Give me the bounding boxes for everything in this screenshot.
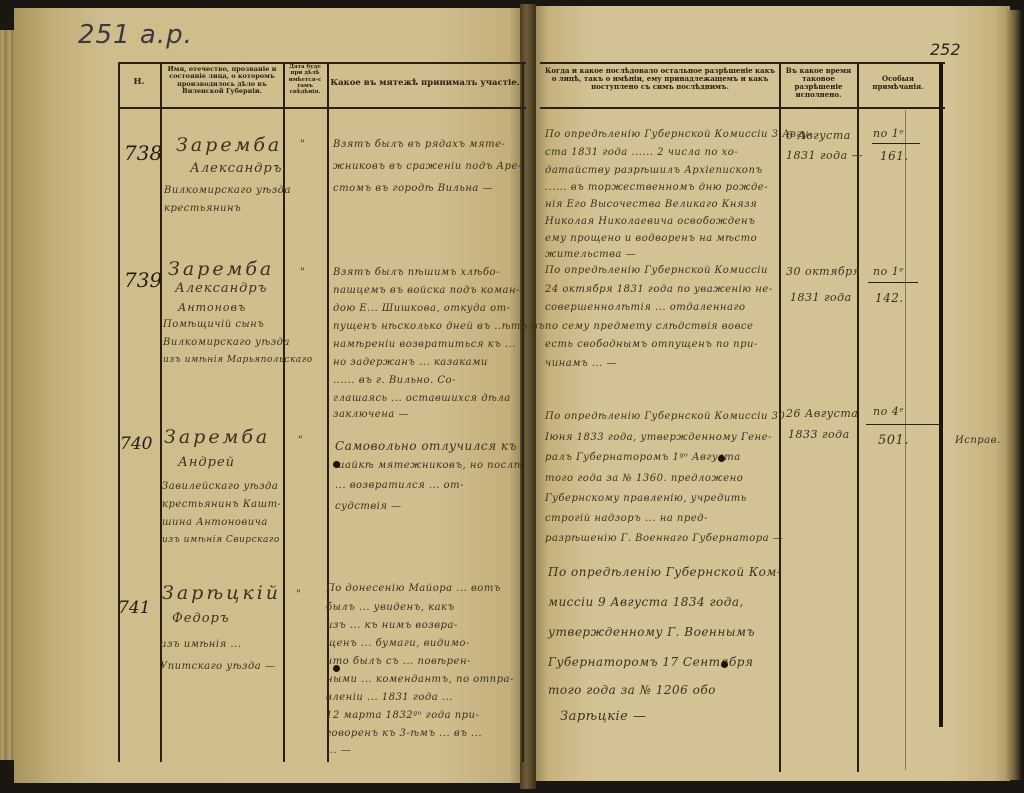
entry-number: 739 [124,270,162,290]
participation-line: изъ ... къ нимъ возвра- [326,621,458,631]
header-bottom-rule-right [540,107,945,109]
folio-number-right: 252 [930,40,961,59]
executed-date: 30 октября [786,266,860,277]
participation-line: что былъ съ ... повѣрен- [326,657,471,667]
entry-status-line: Завилейскаго уѣзда [162,482,278,492]
entry-surname: Зарембa [168,260,274,279]
participation-line: пашцемъ въ войска подъ коман- [333,286,520,296]
header-resolution: Когда и какое послѣдовало остальное разр… [542,67,778,91]
entry-surname: Заремба [176,136,282,155]
participation-line: 12 марта 1832ᵍᵒ года при- [326,711,479,721]
resolution-line: Губернскому правленію, учредить [545,494,747,504]
executed-year: 1833 года [788,429,850,440]
resolution-line: По опредѣленію Губернской Комиссіи [545,266,768,276]
resolution-line: датайству разрѣшилъ Архіепископъ [545,166,763,176]
participation-line: намѣреніи возвратиться къ ... [333,340,516,350]
participation-line: говоренъ къ 3-ѣмъ ... въ ... [326,729,482,739]
fraction-rule [868,282,918,283]
col-rule [160,62,162,762]
entry-given-name: Александръ [175,282,267,295]
resolution-line: миссіи 9 Августа 1834 года, [548,596,744,608]
resolution-line: строгій надзоръ ... на пред- [545,514,708,524]
reference-number: 161. [880,150,909,162]
resolution-line: Николая Николаевича освобожденъ [545,217,755,227]
resolution-line: нія Его Высочества Великаго Князя [545,200,757,210]
participation-line: но задержанъ ... казаками [333,358,488,368]
col-rule-thick [939,62,943,727]
resolution-line: есть свободнымъ отпущенъ по при- [545,340,758,350]
participation-line: Самовольно отлучился къ [335,440,517,452]
entry-number: 738 [124,143,162,163]
participation-line: ... возвратился ... от- [335,481,464,491]
participation-line: жниковъ въ сраженіи подъ Аре- [333,162,522,172]
resolution-line: По опредѣленію Губернской Комиссіи 3 Авг… [545,130,812,140]
resolution-line: ралъ Губернаторомъ 1ᵍᵒ Августа [545,453,741,463]
resolution-line: 24 октября 1831 года по уваженію не- [545,285,773,295]
executed-year: 1831 года [790,292,852,303]
ink-stain [721,661,728,668]
participation-line: По донесенію Майора ... вотъ [326,584,501,594]
participation-line: стомъ въ городѣ Вильна — [333,184,493,194]
entry-patronymic: Антоновъ [178,302,246,313]
header-number: Н. [120,78,158,88]
resolution-line: совершеннолѣтія ... отдаленнаго [545,303,746,313]
entry-status-line: изъ имѣнія Марьяпольскаго [163,356,313,365]
ditto-mark: " [300,268,305,278]
executed-year: 1831 года — [786,150,863,161]
participation-line: вленіи ... 1831 года ... [326,693,453,703]
participation-line: Взятъ былъ въ рядахъ мяте- [333,140,505,150]
reference-number: 501. [878,434,909,447]
entry-status-line: крестьянинъ Кашт- [162,500,281,510]
participation-line: былъ ... увиденъ, какъ [326,603,455,613]
participation-line: дою Е... Шишкова, откуда от- [333,304,510,314]
participation-line: шайкѣ мятежниковъ, но послѣ [335,461,523,471]
entry-status-line: изъ имѣнія Свирскаго [162,536,280,545]
resolution-line: по сему предмету слѣдствія вовсе [545,322,753,332]
ditto-mark: " [300,140,305,150]
header-name: Имя, отечество, прозваніе и состояніе ли… [163,66,281,96]
resolution-line: Зарѣцкіе — [560,710,646,723]
entry-status-line: изъ имѣнія ... [160,640,241,650]
page-edges-right [1004,10,1022,780]
resolution-line: ...... въ торжественномъ дню рожде- [545,183,768,193]
entry-given-name: Федоръ [172,612,230,625]
reference-book: по 1ᵉ [873,266,904,277]
entry-status-line: шина Антоновича [162,518,268,528]
participation-line: щенъ ... бумаги, видимо- [326,639,470,649]
participation-line: ными ... комендантъ, по отпра- [326,675,514,685]
header-participation: Какое въ мятежѣ принималъ участіе. [330,79,520,89]
participation-line: заключена — [333,410,409,420]
entry-given-name: Андрей [178,456,235,469]
header-notes: Особыя примѣчанія. [859,75,937,91]
resolution-line: По опредѣленію Губернской Комиссіи 30 [545,412,785,422]
resolution-line: того года за № 1360. предложено [545,474,743,484]
header-top-rule-right [540,62,945,64]
resolution-line: жительства — [545,250,636,260]
ink-stain [718,455,725,462]
participation-line: глашаясь ... оставшихся дѣла [333,394,511,404]
entry-status-line: Упитскаго уѣзда — [160,662,275,672]
resolution-line: ста 1831 года ...... 2 числа по хо- [545,148,738,158]
entry-number: 741 [118,600,150,617]
ditto-mark: " [296,590,301,600]
reference-book: по 4ᵉ [873,406,904,417]
entry-surname: Заремба [164,428,270,447]
resolution-line: разрѣшенію Г. Военнаго Губернатора — [545,534,783,544]
resolution-line: По опредѣленію Губернской Ком- [548,566,781,578]
header-executed: Въ какое время таковое разрѣшеніе исполн… [781,67,856,99]
col-rule [283,62,285,762]
header-bottom-rule-left [118,107,526,109]
entry-given-name: Александръ [190,162,282,175]
ledger-spread: 251 а.р. 252 Н. Имя, отечество, прозвані… [0,0,1024,793]
entry-status-line: крестьянинъ [164,204,241,214]
col-rule [522,62,524,762]
entry-status-line: Помѣщичій сынъ [163,320,264,330]
participation-line: ... — [326,746,351,756]
entry-status-line: Вилкомирскаго уѣзда [164,186,291,196]
resolution-line: ему прощено и водворенъ на мѣсто [545,234,757,244]
resolution-line: Іюня 1833 года, утвержденному Гене- [545,433,772,443]
header-date: Дата буде при дѣлѣ имѣется-с тамъ свѣдѣн… [285,64,325,96]
entry-number: 740 [120,436,152,453]
resolution-line: того года за № 1206 обо [548,684,716,696]
executed-date: 6 Августа [786,130,851,141]
col-rule [118,62,120,762]
resolution-line: чинамъ ... — [545,359,617,369]
ink-stain [333,461,340,468]
entry-status-line: Вилкомирскаго уѣзда [163,338,290,348]
reference-number: 142. [875,292,904,304]
participation-line: Взятъ былъ пѣшимъ хлѣбо- [333,268,500,278]
fraction-rule [866,424,940,425]
participation-line: судствія — [335,502,402,512]
participation-line: ...... въ г. Вильно. Со- [333,376,456,386]
folio-number-left: 251 а.р. [78,20,193,50]
reference-book: по 1ᵉ [873,128,904,139]
ink-stain [333,665,340,672]
entry-surname: Зарѣцкій [162,584,281,603]
fraction-rule [872,143,920,144]
participation-line: пущенъ нѣсколько дней въ ..ѣтъ въ [333,322,545,332]
ditto-mark: " [298,436,303,446]
resolution-line: утвержденному Г. Военнымъ [548,626,755,638]
special-note: Исправ. [955,436,1001,446]
executed-date: 26 Августа [786,408,858,419]
